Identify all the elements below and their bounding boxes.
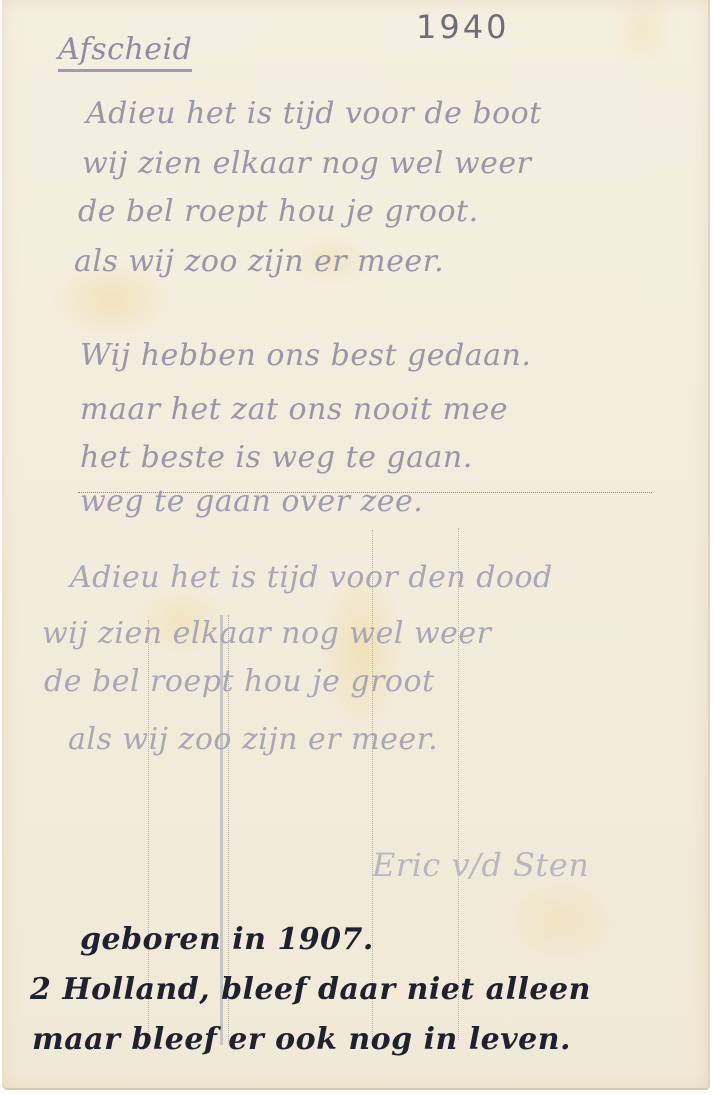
ink-note-line: geboren in 1907.	[80, 922, 374, 957]
poem-line: Wij hebben ons best gedaan.	[80, 338, 531, 373]
year-note: 1940	[416, 8, 509, 46]
dotted-guide-line	[372, 530, 373, 1040]
poem-line: Adieu het is tijd voor den dood	[70, 560, 553, 595]
poem-line: weg te gaan over zee.	[80, 484, 423, 519]
signature: Eric v/d Sten	[372, 846, 589, 884]
poem-line: Adieu het is tijd voor de boot	[86, 96, 542, 131]
poem-line: als wij zoo zijn er meer.	[68, 722, 438, 757]
poem-line: de bel roept hou je groot	[44, 664, 435, 699]
dotted-guide-line	[458, 528, 459, 1040]
poem-line: de bel roept hou je groot.	[78, 194, 479, 229]
poem-line: als wij zoo zijn er meer.	[74, 244, 444, 279]
postcard: Afscheid 1940 Adieu het is tijd voor de …	[2, 0, 710, 1090]
poem-line: wij zien elkaar nog wel weer	[82, 146, 532, 181]
poem-line: maar het zat ons nooit mee	[80, 392, 508, 427]
ink-note-line: maar bleef er ook nog in leven.	[32, 1022, 571, 1057]
poem-title: Afscheid	[58, 32, 192, 72]
poem-line: wij zien elkaar nog wel weer	[42, 616, 492, 651]
poem-line: het beste is weg te gaan.	[80, 440, 473, 475]
ink-note-line: 2 Holland, bleef daar niet alleen	[30, 972, 591, 1007]
